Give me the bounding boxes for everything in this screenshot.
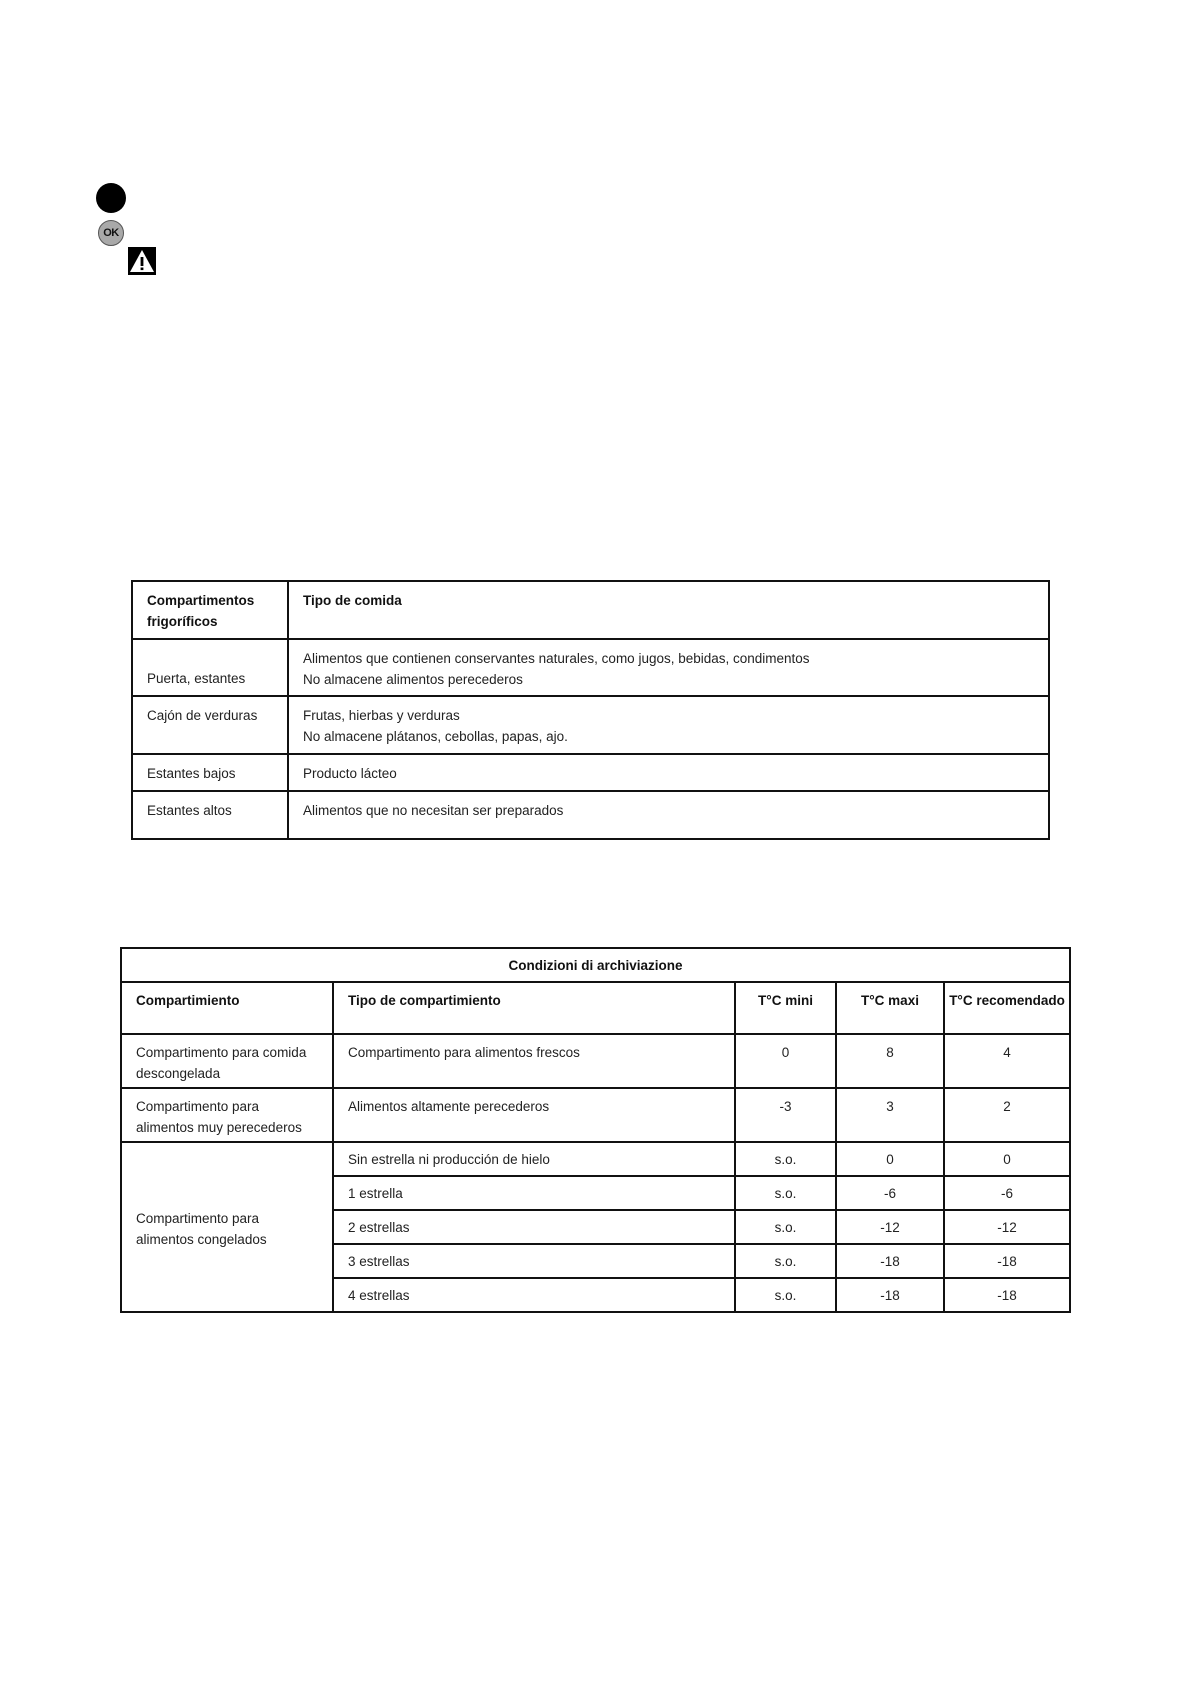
header-compartment: Compartimiento	[121, 982, 333, 1034]
table-header-row: Compartimentos frigoríficos Tipo de comi…	[132, 581, 1049, 639]
type-cell: 4 estrellas	[333, 1278, 735, 1312]
header-temp-recommended: T°C recomendado	[944, 982, 1070, 1034]
type-cell: 2 estrellas	[333, 1210, 735, 1244]
compartment-cell: Compartimento para alimentos congelados	[121, 1142, 333, 1312]
storage-conditions-table: Condizioni di archiviazione Compartimien…	[120, 947, 1071, 1313]
type-cell: Compartimento para alimentos frescos	[333, 1034, 735, 1088]
temp-max-cell: -18	[836, 1244, 944, 1278]
temp-max-cell: -18	[836, 1278, 944, 1312]
temp-rec-cell: -18	[944, 1244, 1070, 1278]
type-cell: Alimentos altamente perecederos	[333, 1088, 735, 1142]
temp-min-cell: 0	[735, 1034, 836, 1088]
table-row: Puerta, estantes Alimentos que contienen…	[132, 639, 1049, 696]
food-cell: Alimentos que contienen conservantes nat…	[288, 639, 1049, 696]
type-cell: Sin estrella ni producción de hielo	[333, 1142, 735, 1176]
compartment-cell: Puerta, estantes	[132, 639, 288, 696]
fridge-compartments-table: Compartimentos frigoríficos Tipo de comi…	[131, 580, 1050, 840]
table-header-row: Compartimiento Tipo de compartimiento T°…	[121, 982, 1070, 1034]
temp-rec-cell: 2	[944, 1088, 1070, 1142]
header-compartment-type: Tipo de compartimiento	[333, 982, 735, 1034]
header-temp-max: T°C maxi	[836, 982, 944, 1034]
black-circle-icon	[96, 183, 126, 213]
temp-min-cell: s.o.	[735, 1176, 836, 1210]
temp-min-cell: s.o.	[735, 1142, 836, 1176]
temp-rec-cell: 0	[944, 1142, 1070, 1176]
food-cell: Alimentos que no necesitan ser preparado…	[288, 791, 1049, 839]
temp-min-cell: s.o.	[735, 1210, 836, 1244]
food-line: No almacene alimentos perecederos	[303, 669, 1034, 690]
temp-rec-cell: 4	[944, 1034, 1070, 1088]
temp-max-cell: -6	[836, 1176, 944, 1210]
compartment-cell: Estantes bajos	[132, 754, 288, 791]
ok-button-icon: OK	[98, 220, 124, 246]
table-row: Compartimento para comida descongelada C…	[121, 1034, 1070, 1088]
temp-max-cell: -12	[836, 1210, 944, 1244]
warning-triangle-icon	[128, 247, 156, 275]
temp-max-cell: 0	[836, 1142, 944, 1176]
compartment-cell: Estantes altos	[132, 791, 288, 839]
table-row: Cajón de verduras Frutas, hierbas y verd…	[132, 696, 1049, 754]
temp-rec-cell: -18	[944, 1278, 1070, 1312]
table-row: Estantes altos Alimentos que no necesita…	[132, 791, 1049, 839]
table-title-row: Condizioni di archiviazione	[121, 948, 1070, 982]
food-line: Frutas, hierbas y verduras	[303, 705, 1034, 726]
table-row: Compartimento para alimentos congelados …	[121, 1142, 1070, 1176]
temp-max-cell: 8	[836, 1034, 944, 1088]
temp-min-cell: s.o.	[735, 1278, 836, 1312]
table-title: Condizioni di archiviazione	[121, 948, 1070, 982]
compartment-cell: Cajón de verduras	[132, 696, 288, 754]
food-line: Alimentos que contienen conservantes nat…	[303, 648, 1034, 669]
temp-rec-cell: -6	[944, 1176, 1070, 1210]
food-line: No almacene plátanos, cebollas, papas, a…	[303, 726, 1034, 747]
temp-rec-cell: -12	[944, 1210, 1070, 1244]
type-cell: 1 estrella	[333, 1176, 735, 1210]
header-compartments: Compartimentos frigoríficos	[132, 581, 288, 639]
temp-max-cell: 3	[836, 1088, 944, 1142]
ok-label: OK	[103, 227, 119, 239]
compartment-cell: Compartimento para alimentos muy pereced…	[121, 1088, 333, 1142]
header-temp-min: T°C mini	[735, 982, 836, 1034]
food-line: Producto lácteo	[303, 763, 1034, 784]
food-cell: Producto lácteo	[288, 754, 1049, 791]
temp-min-cell: -3	[735, 1088, 836, 1142]
temp-min-cell: s.o.	[735, 1244, 836, 1278]
table-row: Estantes bajos Producto lácteo	[132, 754, 1049, 791]
food-cell: Frutas, hierbas y verduras No almacene p…	[288, 696, 1049, 754]
food-line: Alimentos que no necesitan ser preparado…	[303, 800, 1034, 821]
type-cell: 3 estrellas	[333, 1244, 735, 1278]
compartment-cell: Compartimento para comida descongelada	[121, 1034, 333, 1088]
header-food-type: Tipo de comida	[288, 581, 1049, 639]
table-row: Compartimento para alimentos muy pereced…	[121, 1088, 1070, 1142]
